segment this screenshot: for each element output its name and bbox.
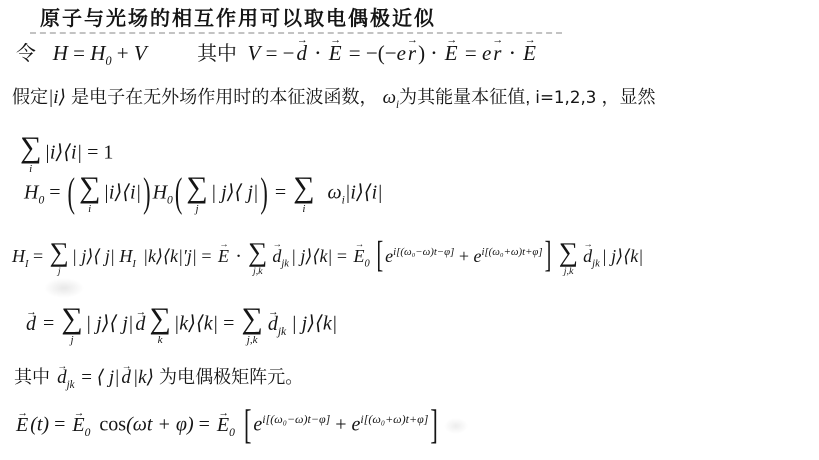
vector-symbol: E→ bbox=[445, 40, 458, 66]
math-italic-text: |i⟩⟨i| bbox=[103, 182, 141, 204]
vector-arrow-icon: → bbox=[219, 240, 228, 252]
sigma-glyph: ∑ bbox=[248, 240, 267, 266]
subscript: jk bbox=[67, 379, 75, 391]
eigenstate-assumption-line: 假定|i⟩ 是电子在无外场作用时的本征波函数， ωi为其能量本征值, i=1,2… bbox=[12, 86, 656, 110]
vector-base: r→ bbox=[408, 40, 416, 66]
vector-symbol: E→0 bbox=[354, 245, 370, 268]
vector-arrow-icon: → bbox=[273, 240, 282, 252]
sigma-glyph: ∑ bbox=[241, 305, 262, 334]
vector-arrow-icon: → bbox=[355, 240, 364, 252]
vector-base: E→ bbox=[354, 245, 365, 268]
math-italic-text: e bbox=[385, 246, 393, 266]
big-delimiter: ] bbox=[430, 399, 437, 451]
vector-symbol: E→ bbox=[329, 40, 342, 66]
math-roman-text: = bbox=[460, 41, 482, 65]
vector-base: d→ bbox=[272, 245, 281, 268]
electric-field-equation: E→(t) = E→0 cos(ωt + φ) = E→0[ei[(ω₀−ω)t… bbox=[14, 412, 440, 440]
math-roman-text: = 1 bbox=[82, 142, 113, 164]
vector-arrow-icon: → bbox=[136, 306, 146, 319]
math-roman-text: = bbox=[28, 246, 47, 266]
h0-expansion-equation: H0 = (∑i|i⟩⟨i|)H0(∑j| j⟩⟨ j|) = ∑iωi|i⟩⟨… bbox=[24, 174, 383, 214]
math-italic-text: e bbox=[253, 414, 262, 436]
title-line: 原子与光场的相互作用可以取电偶极近似 bbox=[40, 7, 436, 32]
math-italic-text: |i⟩⟨i| bbox=[345, 182, 383, 204]
math-italic-text: V bbox=[134, 41, 147, 65]
summation-symbol: ∑k bbox=[149, 305, 170, 345]
vector-symbol: E→ bbox=[218, 245, 229, 268]
chinese-text: 原子与光场的相互作用可以取电偶极近似 bbox=[40, 8, 436, 30]
subscript: 0 bbox=[167, 194, 173, 207]
math-roman-text: = bbox=[49, 414, 70, 436]
math-roman-text: = bbox=[270, 182, 291, 204]
sans-text: i=1,2,3 bbox=[535, 87, 596, 107]
chinese-text: 是电子在无外场作用时的本征波函数， bbox=[66, 87, 383, 107]
vector-base: d→ bbox=[268, 312, 278, 337]
sigma-glyph: ∑ bbox=[559, 240, 578, 266]
sum-limit: i bbox=[29, 164, 32, 174]
math-italic-text: (ωt + φ) bbox=[126, 414, 194, 436]
vector-symbol: E→0 bbox=[72, 413, 90, 438]
vector-base: d→ bbox=[57, 366, 67, 390]
vector-base: d→ bbox=[26, 312, 36, 337]
scanned-notes-page: 原子与光场的相互作用可以取电偶极近似令H = H0 + V其中V = −d→ ⋅… bbox=[0, 0, 819, 460]
vector-symbol: d→jk bbox=[57, 366, 74, 390]
vector-base: E→ bbox=[523, 40, 536, 66]
sum-limit: j bbox=[58, 267, 61, 276]
summation-symbol: ∑j bbox=[186, 174, 207, 214]
math-italic-text: ⟨ j| bbox=[97, 367, 120, 388]
sigma-glyph: ∑ bbox=[186, 174, 207, 203]
subscript: jk bbox=[281, 259, 289, 270]
chinese-text: 其中 bbox=[14, 367, 55, 387]
math-roman-text: = bbox=[38, 313, 59, 335]
vector-arrow-icon: → bbox=[492, 34, 503, 48]
math-italic-text: |k⟩⟨k|′j| bbox=[143, 246, 197, 266]
math-roman-text: = −(− bbox=[344, 41, 397, 65]
chinese-text: 其中 bbox=[197, 43, 237, 65]
math-italic-text: H bbox=[12, 246, 25, 266]
math-roman-text: = bbox=[332, 246, 351, 266]
math-italic-text: | j⟩⟨k| bbox=[291, 313, 337, 335]
math-italic-text: |k⟩ bbox=[133, 367, 154, 388]
math-italic-text: H bbox=[53, 41, 68, 65]
math-italic-text: |i⟩⟨i| bbox=[44, 142, 82, 164]
vector-base: d→ bbox=[135, 312, 145, 337]
math-roman-text: + bbox=[330, 414, 351, 436]
exponent: i[(ω₀+ω)t+φ] bbox=[481, 246, 542, 258]
chinese-text: 令 bbox=[16, 43, 36, 65]
vector-base: E→ bbox=[16, 413, 28, 438]
vector-symbol: d→ bbox=[135, 312, 145, 337]
math-roman-text: + bbox=[454, 246, 473, 266]
vector-base: E→ bbox=[72, 413, 84, 438]
math-roman-text: = bbox=[68, 41, 90, 65]
subscript: 0 bbox=[85, 426, 91, 439]
summation-symbol: ∑i bbox=[293, 174, 314, 214]
math-italic-text: | j⟩⟨k| bbox=[291, 246, 332, 266]
vector-arrow-icon: → bbox=[525, 34, 536, 48]
sum-limit: j bbox=[195, 204, 198, 214]
vector-arrow-icon: → bbox=[18, 407, 28, 420]
sum-limit: i bbox=[302, 204, 305, 214]
math-italic-text: e bbox=[397, 41, 406, 65]
completeness-relation-equation: ∑i|i⟩⟨i| = 1 bbox=[18, 134, 113, 174]
vector-base: d→ bbox=[583, 245, 592, 268]
vector-base: d→ bbox=[297, 40, 308, 66]
sigma-glyph: ∑ bbox=[20, 134, 41, 163]
sum-limit: i bbox=[88, 204, 91, 214]
vector-base: E→ bbox=[329, 40, 342, 66]
math-roman-text: ⋅ bbox=[231, 246, 246, 266]
vector-symbol: r→ bbox=[408, 40, 416, 66]
vector-base: d→ bbox=[121, 366, 131, 390]
vector-symbol: d→jk bbox=[583, 245, 600, 268]
dipole-operator-expansion-equation: d→ = ∑j| j⟩⟨ j|d→∑k|k⟩⟨k| = ∑j,kd→jk| j⟩… bbox=[24, 305, 337, 345]
big-delimiter: [ bbox=[376, 234, 383, 281]
hamiltonian-definition-line: 令H = H0 + V其中V = −d→ ⋅ E→ = −(−er→) ⋅ E→… bbox=[16, 40, 538, 67]
math-roman-text: = bbox=[77, 367, 97, 388]
big-delimiter: ) bbox=[260, 167, 267, 219]
math-italic-text: | j⟩⟨ j| bbox=[72, 246, 119, 266]
subscript: 0 bbox=[365, 259, 370, 270]
summation-symbol: ∑j bbox=[50, 240, 69, 276]
summation-symbol: ∑j,k bbox=[241, 305, 262, 345]
vector-arrow-icon: → bbox=[446, 34, 457, 48]
big-delimiter: ] bbox=[545, 234, 552, 281]
math-roman-text: = bbox=[197, 246, 216, 266]
sum-limit: j bbox=[70, 335, 73, 345]
chinese-text: 假定 bbox=[12, 87, 48, 107]
math-italic-text: |i⟩ bbox=[48, 87, 66, 108]
big-delimiter: ) bbox=[143, 167, 150, 219]
math-italic-text: H bbox=[90, 41, 105, 65]
vector-symbol: E→0 bbox=[217, 413, 235, 438]
vector-base: r→ bbox=[493, 40, 501, 66]
interaction-hamiltonian-equation: HI = ∑j| j⟩⟨ j| HI|k⟩⟨k|′j| = E→ ⋅ ∑j,kd… bbox=[12, 240, 643, 276]
vector-symbol: d→jk bbox=[268, 312, 286, 337]
math-italic-text: H bbox=[119, 246, 132, 266]
vector-base: E→ bbox=[445, 40, 458, 66]
exponent: i[(ω₀+ω)t+φ] bbox=[360, 412, 428, 426]
chinese-text: ，显然 bbox=[596, 87, 655, 107]
math-roman-text: ) ⋅ bbox=[418, 41, 443, 65]
math-roman-text: = bbox=[218, 313, 239, 335]
sigma-glyph: ∑ bbox=[61, 305, 82, 334]
exponent: i[(ω₀−ω)t−φ] bbox=[393, 246, 454, 258]
big-delimiter: [ bbox=[244, 399, 251, 451]
subscript: I bbox=[132, 259, 135, 270]
sum-limit: k bbox=[158, 335, 163, 345]
math-italic-text: V bbox=[247, 41, 260, 65]
dipole-matrix-element-line: 其中 d→jk = ⟨ j|d→|k⟩ 为电偶极矩阵元。 bbox=[14, 366, 303, 390]
math-italic-text: H bbox=[153, 182, 167, 204]
vector-arrow-icon: → bbox=[122, 361, 132, 373]
vector-symbol: d→ bbox=[26, 312, 36, 337]
vector-symbol: E→ bbox=[523, 40, 536, 66]
scan-smudge bbox=[44, 278, 84, 298]
vector-symbol: r→ bbox=[493, 40, 501, 66]
vector-arrow-icon: → bbox=[26, 306, 36, 319]
vector-symbol: d→ bbox=[121, 366, 131, 390]
vector-arrow-icon: → bbox=[407, 34, 418, 48]
vector-arrow-icon: → bbox=[297, 34, 308, 48]
sum-limit: j,k bbox=[564, 267, 574, 276]
vector-symbol: E→ bbox=[16, 413, 28, 438]
vector-base: E→ bbox=[218, 245, 229, 268]
math-italic-text: H bbox=[24, 182, 38, 204]
math-italic-text: e bbox=[482, 41, 491, 65]
exponent: i[(ω₀−ω)t−φ] bbox=[262, 412, 330, 426]
chinese-text: 为其能量本征值, bbox=[399, 87, 535, 107]
summation-symbol: ∑j,k bbox=[248, 240, 267, 276]
math-italic-text: (t) bbox=[30, 414, 49, 436]
math-roman-text: = − bbox=[260, 41, 294, 65]
vector-arrow-icon: → bbox=[268, 306, 278, 319]
math-italic-text: | j⟩⟨ j| bbox=[86, 313, 134, 335]
sigma-glyph: ∑ bbox=[149, 305, 170, 334]
math-roman-text: cos bbox=[94, 414, 126, 436]
sigma-glyph: ∑ bbox=[50, 240, 69, 266]
big-delimiter: ( bbox=[68, 167, 75, 219]
math-roman-text: + bbox=[112, 41, 134, 65]
math-italic-text: | j⟩⟨ j| bbox=[211, 182, 259, 204]
math-roman-text: = bbox=[44, 182, 65, 204]
summation-symbol: ∑i bbox=[79, 174, 100, 214]
vector-base: E→ bbox=[217, 413, 229, 438]
sum-limit: j,k bbox=[247, 335, 258, 345]
summation-symbol: ∑j,k bbox=[559, 240, 578, 276]
summation-symbol: ∑i bbox=[20, 134, 41, 174]
subscript: 0 bbox=[229, 426, 235, 439]
subscript: jk bbox=[592, 259, 600, 270]
vector-arrow-icon: → bbox=[74, 407, 84, 420]
scan-smudge bbox=[444, 418, 468, 434]
big-delimiter: ( bbox=[175, 167, 182, 219]
math-roman-text: = bbox=[194, 414, 215, 436]
math-roman-text: ⋅ bbox=[309, 41, 327, 65]
subscript: jk bbox=[278, 325, 286, 338]
sum-limit: j,k bbox=[253, 267, 263, 276]
chinese-text: 为电偶极矩阵元。 bbox=[154, 367, 303, 387]
vector-arrow-icon: → bbox=[330, 34, 341, 48]
sigma-glyph: ∑ bbox=[293, 174, 314, 203]
vector-symbol: d→jk bbox=[272, 245, 289, 268]
math-roman-text: ⋅ bbox=[503, 41, 521, 65]
summation-symbol: ∑j bbox=[61, 305, 82, 345]
vector-arrow-icon: → bbox=[57, 361, 67, 373]
math-italic-text: ω bbox=[383, 87, 396, 108]
vector-arrow-icon: → bbox=[583, 240, 592, 252]
sigma-glyph: ∑ bbox=[79, 174, 100, 203]
math-italic-text: | j⟩⟨k| bbox=[602, 246, 643, 266]
math-italic-text: ω bbox=[328, 182, 342, 204]
vector-symbol: d→ bbox=[297, 40, 308, 66]
vector-arrow-icon: → bbox=[218, 407, 228, 420]
math-italic-text: |k⟩⟨k| bbox=[174, 313, 218, 335]
